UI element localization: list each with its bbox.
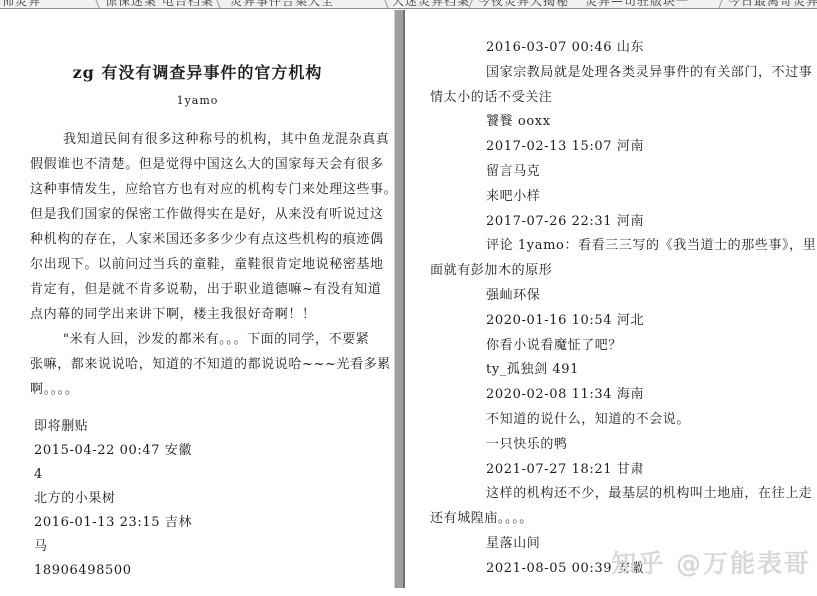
text-line: 啊。。。。 <box>30 377 365 402</box>
status-line: 即将删贴 <box>34 415 365 439</box>
post-paragraph-2: "米有人回，沙发的都米有。。。下面的同学，不要紧 张嘛，都来说说哈，知道的不知道… <box>30 327 365 402</box>
comment-line: 国家宗教局就是处理各类灵异事件的有关部门，不过事 <box>430 61 807 86</box>
text-line: 尔出现下。以前问过当兵的童鞋，童鞋很肯定地说秘密基地 <box>30 252 365 277</box>
username-line: 北方的小果树 <box>34 487 365 511</box>
timestamp-line: 2017-02-13 15:07 河南 <box>430 135 807 160</box>
browser-tab-strip: 怖灵异 惊悚迷案 电台档案 灵异事件合集大全 大迷灵异档案 今夜灵异大揭秘 灵异… <box>0 0 817 9</box>
username-line: ty_孤独剑 491 <box>430 358 807 383</box>
comment-line: 面就有彭加木的原形 <box>430 259 807 284</box>
tab-fragment[interactable]: 灵异—司驻版块一 <box>585 0 689 9</box>
text-line: 这种事情发生，应给官方也有对应的机构专门来处理这些事。 <box>30 177 365 202</box>
timestamp-line: 2021-07-27 18:21 甘肃 <box>430 458 807 483</box>
username-line: 一只快乐的鸭 <box>430 433 807 458</box>
tab-fragment[interactable]: 今夜灵异大揭秘 <box>478 0 569 9</box>
tab-fragment[interactable]: 灵异事件合集大全 <box>230 0 334 9</box>
text-line: 我知道民间有很多这种称号的机构，其中鱼龙混杂真真 <box>30 127 365 152</box>
count-line: 4 <box>34 463 365 487</box>
text-line: 点内幕的同学出来讲下啊，楼主我很好奇啊！！ <box>30 302 365 327</box>
phone-line: 18906498500 <box>34 559 365 583</box>
text-line: 种机构的存在，人家米国还多多少少有点这些机构的痕迹偶 <box>30 227 365 252</box>
username-line: 饕餮 ooxx <box>430 110 807 135</box>
tab-separator <box>383 0 390 9</box>
timestamp-line: 2020-02-08 11:34 海南 <box>430 383 807 408</box>
author-byline: 1yamo <box>30 94 365 107</box>
timestamp-line: 2016-01-13 23:15 吉林 <box>34 511 365 535</box>
tab-separator <box>215 0 222 9</box>
tab-fragment[interactable]: 大迷灵异档案 <box>392 0 470 9</box>
tab-fragment[interactable]: 怖灵异 <box>2 0 41 9</box>
username-line: 马 <box>34 535 365 559</box>
tab-separator <box>94 0 101 9</box>
post-paragraph-1: 我知道民间有很多这种称号的机构，其中鱼龙混杂真真 假假谁也不清楚。但是觉得中国这… <box>30 127 365 327</box>
page-title: zg 有没有调查异事件的官方机构 <box>30 60 365 83</box>
comment-line: 留言马克 <box>430 160 807 185</box>
comment-line: 这样的机构还不少，最基层的机构叫土地庙，在往上走 <box>430 482 807 507</box>
text-line: 肯定有，但是就不肯多说勒，出于职业道德嘛~有没有知道 <box>30 277 365 302</box>
timestamp-line: 2016-03-07 00:46 山东 <box>430 36 807 61</box>
tab-fragment[interactable]: 今日最离奇灵异事件 <box>728 0 817 9</box>
timestamp-line: 2015-04-22 00:47 安徽 <box>34 439 365 463</box>
tab-separator <box>717 0 724 9</box>
comment-line: 情太小的话不受关注 <box>430 86 807 111</box>
timestamp-line: 2017-07-26 22:31 河南 <box>430 210 807 235</box>
username-line: 强屾环保 <box>430 284 807 309</box>
document-viewer: 怖灵异 惊悚迷案 电台档案 灵异事件合集大全 大迷灵异档案 今夜灵异大揭秘 灵异… <box>0 0 817 596</box>
comment-list: 2016-03-07 00:46 山东 国家宗教局就是处理各类灵异事件的有关部门… <box>407 10 817 582</box>
text-line: 张嘛，都来说说哈，知道的不知道的都说说哈~~~光看多累 <box>30 352 365 377</box>
comment-line: 评论 1yamo：看看三三写的《我当道士的那些事》，里 <box>430 234 807 259</box>
timestamp-line: 2020-01-16 10:54 河北 <box>430 309 807 334</box>
tab-fragment[interactable]: 惊悚迷案 电台档案 <box>105 0 214 9</box>
text-line: 假假谁也不清楚。但是觉得中国这么大的国家每天会有很多 <box>30 152 365 177</box>
comment-line: 你看小说看魔怔了吧？ <box>430 334 807 359</box>
right-page: 2016-03-07 00:46 山东 国家宗教局就是处理各类灵异事件的有关部门… <box>407 10 817 596</box>
text-line: "米有人回，沙发的都米有。。。下面的同学，不要紧 <box>30 327 365 352</box>
comment-line: 还有城隍庙。。。。 <box>430 507 807 532</box>
zhihu-watermark: 知乎 @万能表哥 <box>611 544 811 580</box>
comment-meta-block: 即将删贴 2015-04-22 00:47 安徽 4 北方的小果树 2016-0… <box>30 415 365 583</box>
comment-line: 不知道的说什么，知道的不会说。 <box>430 408 807 433</box>
username-line: 来吧小样 <box>430 185 807 210</box>
left-page: zg 有没有调查异事件的官方机构 1yamo 我知道民间有很多这种称号的机构，其… <box>0 10 393 596</box>
page-divider <box>394 10 405 588</box>
text-line: 但是我们国家的保密工作做得实在是好，从来没有听说过这 <box>30 202 365 227</box>
